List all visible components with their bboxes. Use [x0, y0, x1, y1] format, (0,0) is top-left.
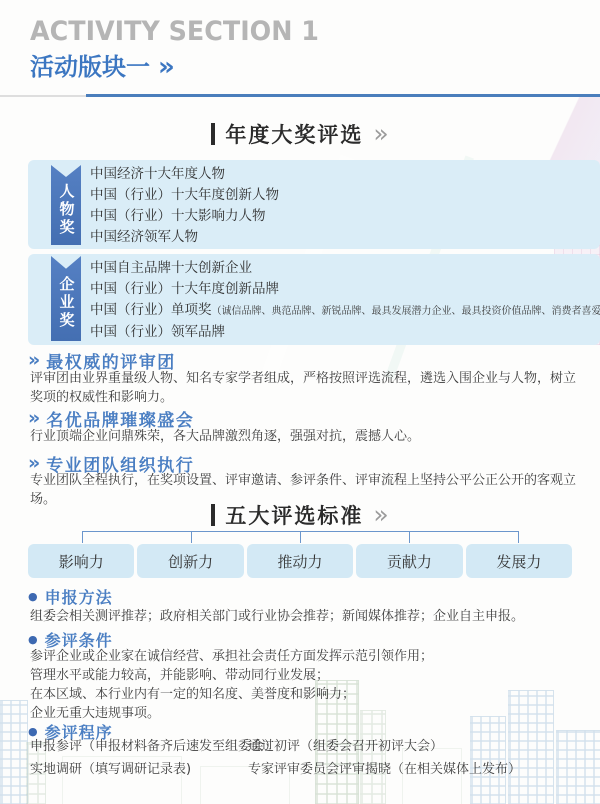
- bracket-tick: [82, 531, 83, 543]
- award-item: 中国（行业）单项奖（诚信品牌、典范品牌、新锐品牌、最具发展潜力企业、最具投资价值…: [90, 300, 600, 322]
- person-award-items: 中国经济十大年度人物 中国（行业）十大年度创新人物 中国（行业）十大影响力人物 …: [90, 164, 279, 248]
- criteria-pill-innovation: 创新力: [137, 544, 243, 578]
- title-bar-icon: [211, 504, 215, 526]
- header-rule-blue-segment: [86, 94, 600, 97]
- award-item: 中国（行业）十大年度创新人物: [90, 185, 279, 206]
- page-title-chinese-text: 活动版块一: [30, 53, 150, 81]
- feature-body-jury: 评审团由业界重量级人物、知名专家学者组成，严格按照评选流程，遴选入围企业与人物，…: [30, 369, 578, 407]
- bracket-tick: [191, 531, 192, 543]
- criteria-pill-influence: 影响力: [28, 544, 134, 578]
- enterprise-award-items: 中国自主品牌十大创新企业 中国（行业）十大年度创新品牌 中国（行业）单项奖（诚信…: [90, 258, 600, 343]
- ribbon-enterprise-award-label: 企业奖: [59, 267, 74, 330]
- award-item: 中国经济领军人物: [90, 227, 279, 248]
- bullet-dot-icon: ●: [28, 726, 38, 737]
- bracket-tick: [518, 531, 519, 543]
- procedure-step: 专家评审委员会评审揭晓（在相关媒体上发布）: [248, 762, 590, 778]
- skyline-building-decoration: [0, 700, 28, 804]
- brochure-page: ACTIVITY SECTION 1 活动版块一» 年度大奖评选 » 人物奖 中…: [0, 0, 600, 804]
- page-title-chinese: 活动版块一»: [30, 47, 175, 82]
- bullet-dot-icon: ●: [28, 634, 38, 645]
- bracket-tick: [300, 531, 301, 543]
- feature-body-gala: 行业顶端企业问鼎殊荣，各大品牌激烈角逐，强强对抗，震撼人心。: [30, 427, 578, 446]
- criteria-pill-promotion: 推动力: [247, 544, 353, 578]
- condition-line: 在本区域、本行业内有一定的知名度、美誉度和影响力；: [30, 685, 585, 704]
- criteria-bracket-connector: [82, 531, 518, 544]
- bullet-dot-icon: ●: [28, 591, 38, 602]
- chevron-double-icon: »: [28, 409, 40, 428]
- condition-line: 管理水平或能力较高，并能影响、带动同行业发展；: [30, 666, 585, 685]
- ribbon-person-award-label: 人物奖: [59, 174, 74, 237]
- chevron-double-icon: »: [28, 351, 40, 370]
- section-title-criteria: 五大评选标准 »: [0, 500, 600, 530]
- procedure-step: 通过初评（组委会召开初评大会）: [248, 739, 590, 755]
- award-item-note: （诚信品牌、典范品牌、新锐品牌、最具发展潜力企业、最具投资价值品牌、消费者喜爱/…: [212, 306, 600, 317]
- condition-line: 企业无重大违规事项。: [30, 704, 585, 723]
- criteria-pill-development: 发展力: [466, 544, 572, 578]
- chevron-double-icon: »: [158, 52, 175, 82]
- condition-line: 参评企业或企业家在诚信经营、承担社会责任方面发挥示范引领作用；: [30, 647, 585, 666]
- bracket-tick: [409, 531, 410, 543]
- section-title-text: 年度大奖评选: [225, 119, 363, 149]
- chevron-double-icon: »: [373, 504, 388, 526]
- procedure-step: 申报参评（申报材料备齐后速发至组委会）: [30, 739, 248, 755]
- ribbon-enterprise-award: 企业奖: [51, 256, 81, 341]
- application-method-body: 组委会相关测评推荐；政府相关部门或行业协会推荐；新闻媒体推荐；企业自主申报。: [30, 607, 585, 626]
- criteria-pill-contribution: 贡献力: [356, 544, 462, 578]
- section-title-annual-awards: 年度大奖评选 »: [0, 119, 600, 149]
- criteria-pill-row: 影响力 创新力 推动力 贡献力 发展力: [28, 544, 572, 578]
- section-title-text: 五大评选标准: [225, 500, 363, 530]
- award-item: 中国（行业）十大年度创新品牌: [90, 279, 600, 300]
- award-item: 中国（行业）领军品牌: [90, 322, 600, 343]
- ribbon-person-award: 人物奖: [51, 165, 81, 245]
- award-item: 中国经济十大年度人物: [90, 164, 279, 185]
- header-rule-gray-segment: [0, 95, 86, 97]
- procedure-step: 实地调研（填写调研记录表): [30, 762, 248, 778]
- bullet-heading-application-method: ● 申报方法: [28, 585, 113, 608]
- award-item: 中国（行业）十大影响力人物: [90, 206, 279, 227]
- award-item: 中国自主品牌十大创新企业: [90, 258, 600, 279]
- page-title-english: ACTIVITY SECTION 1: [30, 16, 319, 47]
- title-bar-icon: [211, 123, 215, 145]
- entry-procedure-grid: 申报参评（申报材料备齐后速发至组委会） 通过初评（组委会召开初评大会） 实地调研…: [30, 739, 590, 778]
- entry-conditions-list: 参评企业或企业家在诚信经营、承担社会责任方面发挥示范引领作用； 管理水平或能力较…: [30, 647, 585, 723]
- chevron-double-icon: »: [373, 123, 388, 145]
